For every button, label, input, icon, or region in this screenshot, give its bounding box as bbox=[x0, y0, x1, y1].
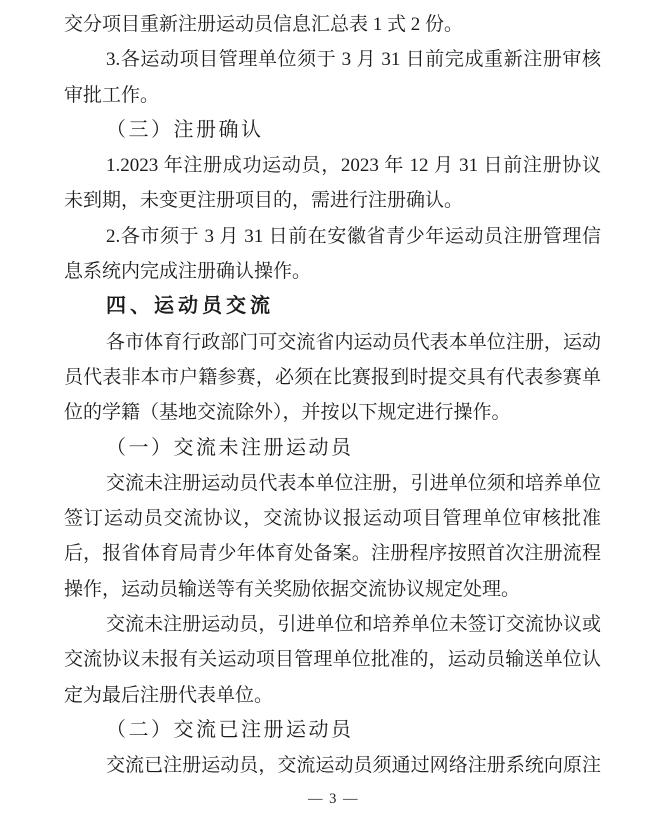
text-line: 位的学籍（基地交流除外），并按以下规定进行操作。 bbox=[64, 395, 601, 430]
text-line: 交分项目重新注册运动员信息汇总表 1 式 2 份。 bbox=[64, 7, 601, 42]
document-page: 交分项目重新注册运动员信息汇总表 1 式 2 份。 3.各运动项目管理单位须于 … bbox=[0, 0, 667, 832]
page-number: — 3 — bbox=[0, 791, 667, 808]
text-line: 息系统内完成注册确认操作。 bbox=[64, 254, 601, 289]
text-line: 各市体育行政部门可交流省内运动员代表本单位注册，运动 bbox=[64, 325, 601, 360]
text-line: 交流未注册运动员，引进单位和培养单位未签订交流协议或 bbox=[64, 607, 601, 642]
text-line: 交流已注册运动员，交流运动员须通过网络注册系统向原注 bbox=[64, 748, 601, 783]
text-line: 后，报省体育局青少年体育处备案。注册程序按照首次注册流程 bbox=[64, 536, 601, 571]
text-line: 3.各运动项目管理单位须于 3 月 31 日前完成重新注册审核 bbox=[64, 42, 601, 77]
subsection-heading-exchange-registered: （二）交流已注册运动员 bbox=[64, 713, 601, 748]
subsection-heading-exchange-unregistered: （一）交流未注册运动员 bbox=[64, 431, 601, 466]
text-line: 交流协议未报有关运动项目管理单位批准的，运动员输送单位认 bbox=[64, 642, 601, 677]
document-body: 交分项目重新注册运动员信息汇总表 1 式 2 份。 3.各运动项目管理单位须于 … bbox=[64, 7, 601, 784]
subsection-heading-registration-confirm: （三）注册确认 bbox=[64, 113, 601, 148]
text-line: 1.2023 年注册成功运动员，2023 年 12 月 31 日前注册协议 bbox=[64, 148, 601, 183]
text-line: 未到期，未变更注册项目的，需进行注册确认。 bbox=[64, 183, 601, 218]
section-heading-athlete-exchange: 四、运动员交流 bbox=[64, 289, 601, 324]
text-line: 2.各市须于 3 月 31 日前在安徽省青少年运动员注册管理信 bbox=[64, 219, 601, 254]
text-line: 员代表非本市户籍参赛，必须在比赛报到时提交具有代表参赛单 bbox=[64, 360, 601, 395]
text-line: 操作，运动员输送等有关奖励依据交流协议规定处理。 bbox=[64, 572, 601, 607]
text-line: 审批工作。 bbox=[64, 78, 601, 113]
text-line: 定为最后注册代表单位。 bbox=[64, 678, 601, 713]
text-line: 签订运动员交流协议，交流协议报运动项目管理单位审核批准 bbox=[64, 501, 601, 536]
text-line: 交流未注册运动员代表本单位注册，引进单位须和培养单位 bbox=[64, 466, 601, 501]
